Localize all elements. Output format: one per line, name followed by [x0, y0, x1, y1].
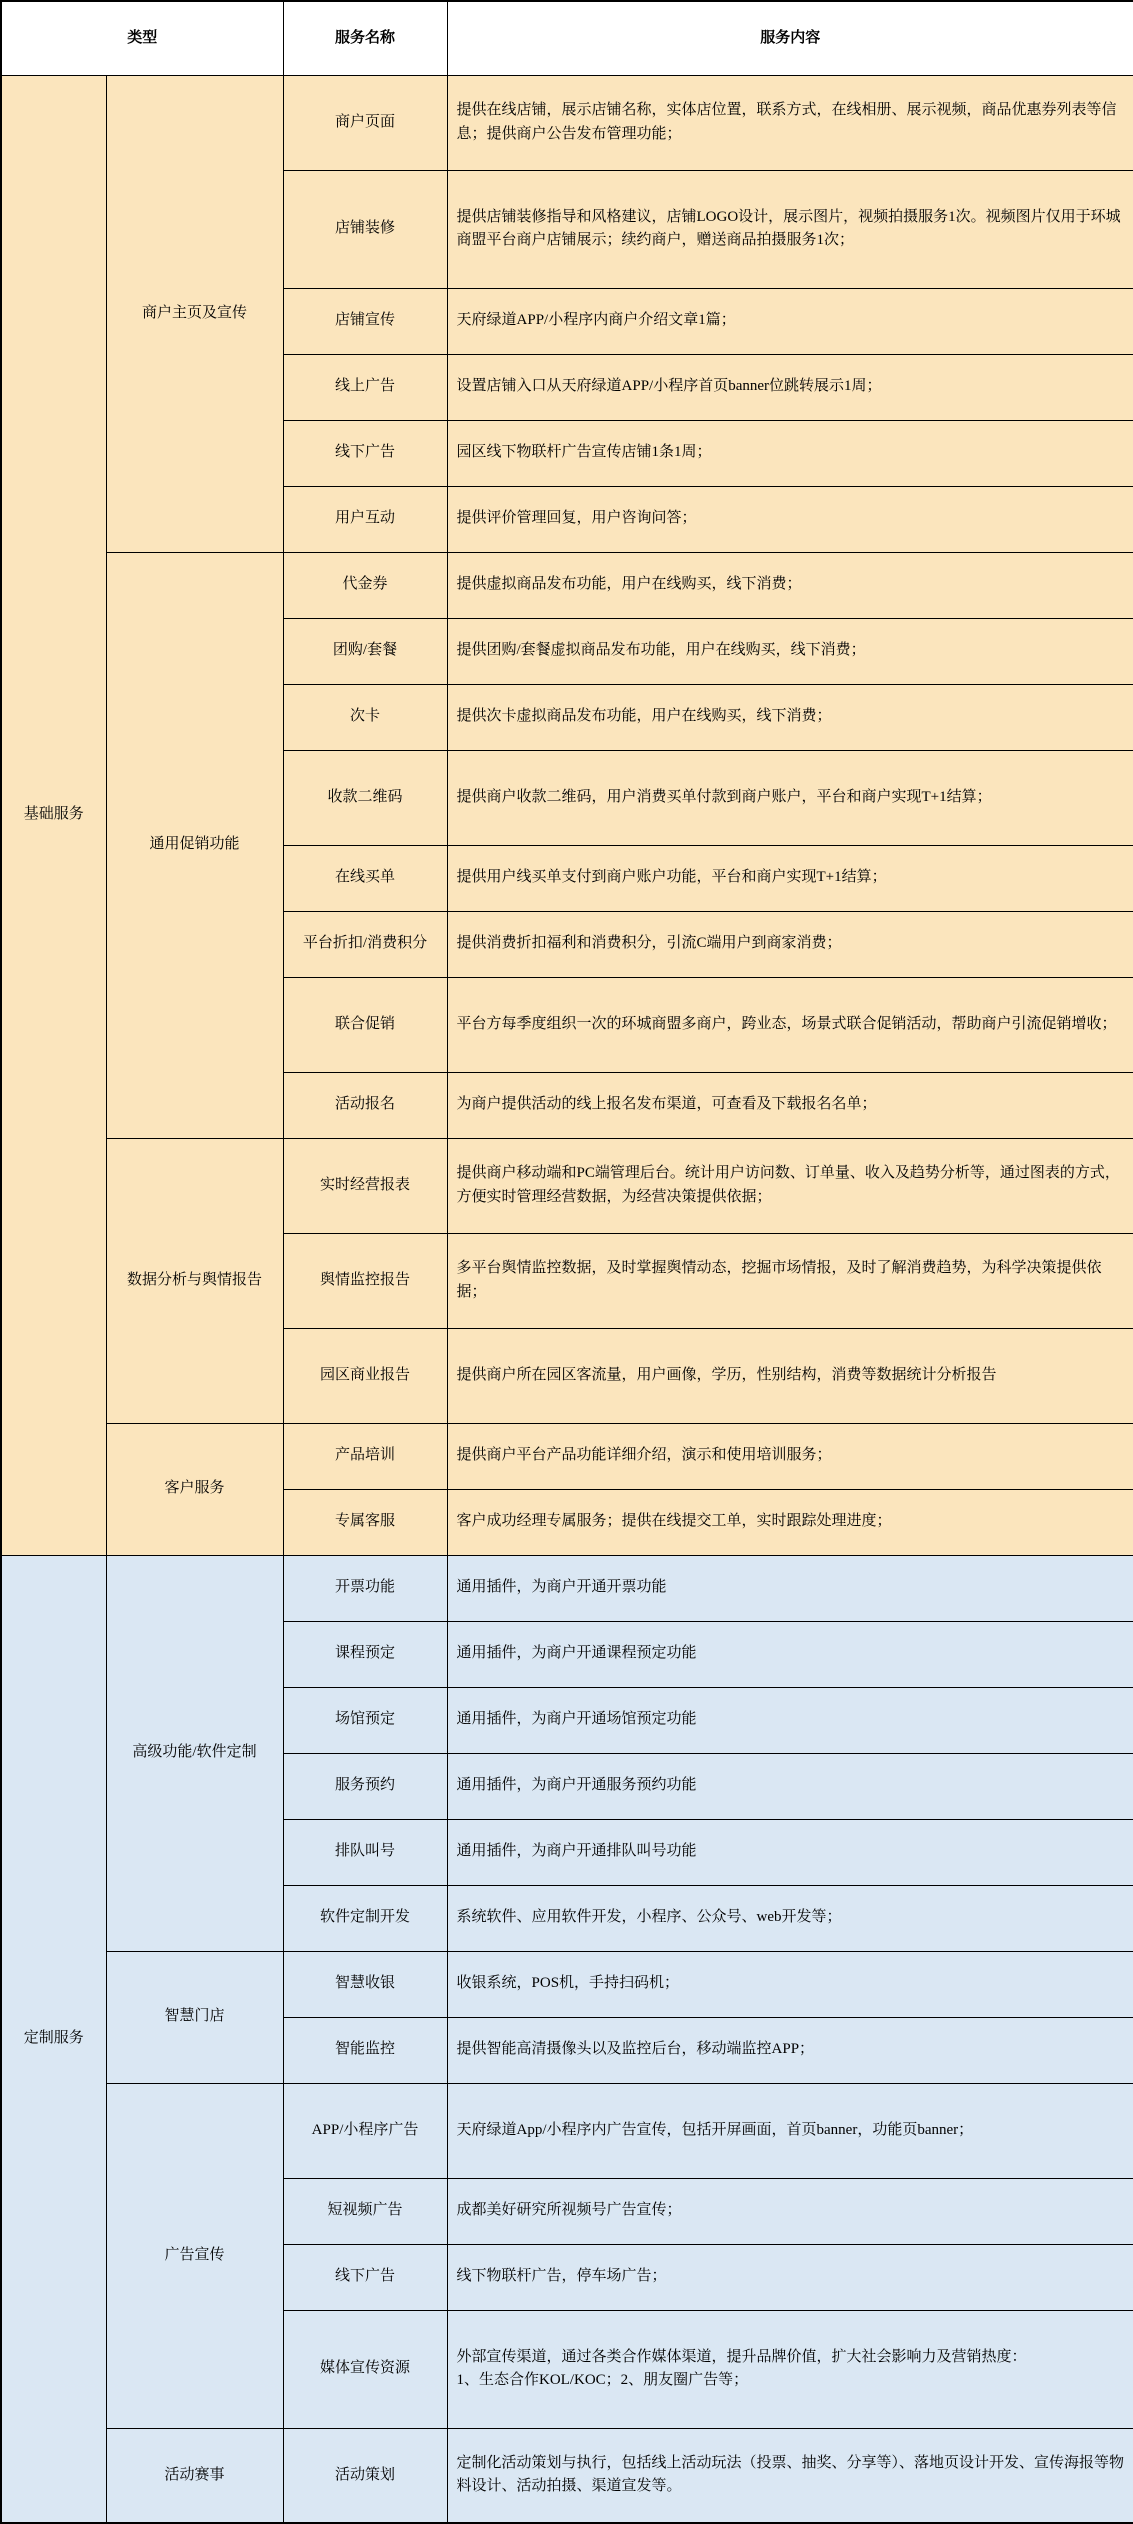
service-content-cell: 外部宣传渠道，通过各类合作媒体渠道，提升品牌价值，扩大社会影响力及营销热度： 1… [447, 2310, 1133, 2428]
service-content-cell: 平台方每季度组织一次的环城商盟多商户，跨业态，场景式联合促销活动，帮助商户引流促… [447, 977, 1133, 1072]
service-name-cell: 专属客服 [283, 1489, 447, 1555]
service-content-cell: 天府绿道APP/小程序内商户介绍文章1篇； [447, 288, 1133, 354]
service-content-cell: 提供店铺装修指导和风格建议，店铺LOGO设计，展示图片，视频拍摄服务1次。视频图… [447, 170, 1133, 288]
service-name-cell: 联合促销 [283, 977, 447, 1072]
service-name-cell: 团购/套餐 [283, 618, 447, 684]
service-name-cell: 开票功能 [283, 1555, 447, 1621]
service-content-cell: 提供团购/套餐虚拟商品发布功能，用户在线购买，线下消费； [447, 618, 1133, 684]
service-content-cell: 提供用户线买单支付到商户账户功能，平台和商户实现T+1结算； [447, 845, 1133, 911]
service-name-cell: 园区商业报告 [283, 1328, 447, 1423]
service-name-cell: 智能监控 [283, 2017, 447, 2083]
table-row: 通用促销功能 代金券 提供虚拟商品发布功能，用户在线购买，线下消费； [1, 552, 1133, 618]
group-cell: 客户服务 [106, 1423, 283, 1555]
group-cell: 智慧门店 [106, 1951, 283, 2083]
service-name-cell: 产品培训 [283, 1423, 447, 1489]
service-content-cell: 成都美好研究所视频号广告宣传； [447, 2178, 1133, 2244]
table-row: 基础服务 商户主页及宣传 商户页面 提供在线店铺，展示店铺名称，实体店位置，联系… [1, 75, 1133, 170]
header-service-name: 服务名称 [283, 1, 447, 75]
service-content-cell: 提供评价管理回复，用户咨询问答； [447, 486, 1133, 552]
service-content-cell: 定制化活动策划与执行，包括线上活动玩法（投票、抽奖、分享等）、落地页设计开发、宣… [447, 2428, 1133, 2523]
service-content-cell: 客户成功经理专属服务；提供在线提交工单，实时跟踪处理进度； [447, 1489, 1133, 1555]
service-content-cell: 为商户提供活动的线上报名发布渠道，可查看及下载报名名单； [447, 1072, 1133, 1138]
service-content-cell: 多平台舆情监控数据，及时掌握舆情动态，挖掘市场情报，及时了解消费趋势，为科学决策… [447, 1233, 1133, 1328]
service-name-cell: 商户页面 [283, 75, 447, 170]
table-row: 数据分析与舆情报告 实时经营报表 提供商户移动端和PC端管理后台。统计用户访问数… [1, 1138, 1133, 1233]
service-name-cell: 在线买单 [283, 845, 447, 911]
table-row: 客户服务 产品培训 提供商户平台产品功能详细介绍，演示和使用培训服务； [1, 1423, 1133, 1489]
service-content-cell: 通用插件，为商户开通场馆预定功能 [447, 1687, 1133, 1753]
service-content-cell: 设置店铺入口从天府绿道APP/小程序首页banner位跳转展示1周； [447, 354, 1133, 420]
service-name-cell: 店铺宣传 [283, 288, 447, 354]
service-content-cell: 提供商户所在园区客流量，用户画像，学历，性别结构，消费等数据统计分析报告 [447, 1328, 1133, 1423]
service-name-cell: 场馆预定 [283, 1687, 447, 1753]
service-content-cell: 提供商户平台产品功能详细介绍，演示和使用培训服务； [447, 1423, 1133, 1489]
group-cell: 高级功能/软件定制 [106, 1555, 283, 1951]
service-name-cell: 实时经营报表 [283, 1138, 447, 1233]
table-row: 智慧门店 智慧收银 收银系统，POS机，手持扫码机； [1, 1951, 1133, 2017]
group-cell: 活动赛事 [106, 2428, 283, 2523]
services-table: 类型 服务名称 服务内容 基础服务 商户主页及宣传 商户页面 提供在线店铺，展示… [0, 0, 1133, 2524]
table-row: 广告宣传 APP/小程序广告 天府绿道App/小程序内广告宣传，包括开屏画面，首… [1, 2083, 1133, 2178]
group-cell: 通用促销功能 [106, 552, 283, 1138]
service-name-cell: 智慧收银 [283, 1951, 447, 2017]
table-row: 定制服务 高级功能/软件定制 开票功能 通用插件，为商户开通开票功能 [1, 1555, 1133, 1621]
service-content-cell: 天府绿道App/小程序内广告宣传，包括开屏画面，首页banner，功能页bann… [447, 2083, 1133, 2178]
service-name-cell: 课程预定 [283, 1621, 447, 1687]
category-custom-cell: 定制服务 [1, 1555, 106, 2523]
service-content-cell: 系统软件、应用软件开发，小程序、公众号、web开发等； [447, 1885, 1133, 1951]
service-name-cell: 服务预约 [283, 1753, 447, 1819]
service-name-cell: 收款二维码 [283, 750, 447, 845]
service-content-cell: 线下物联杆广告，停车场广告； [447, 2244, 1133, 2310]
service-name-cell: APP/小程序广告 [283, 2083, 447, 2178]
service-name-cell: 线上广告 [283, 354, 447, 420]
service-name-cell: 舆情监控报告 [283, 1233, 447, 1328]
service-content-cell: 通用插件，为商户开通排队叫号功能 [447, 1819, 1133, 1885]
service-name-cell: 活动策划 [283, 2428, 447, 2523]
service-content-cell: 提供在线店铺，展示店铺名称，实体店位置，联系方式，在线相册、展示视频，商品优惠券… [447, 75, 1133, 170]
service-content-cell: 提供智能高清摄像头以及监控后台，移动端监控APP； [447, 2017, 1133, 2083]
service-content-cell: 收银系统，POS机，手持扫码机； [447, 1951, 1133, 2017]
service-content-cell: 园区线下物联杆广告宣传店铺1条1周； [447, 420, 1133, 486]
group-cell: 数据分析与舆情报告 [106, 1138, 283, 1423]
service-content-cell: 通用插件，为商户开通开票功能 [447, 1555, 1133, 1621]
service-name-cell: 线下广告 [283, 420, 447, 486]
category-basic-cell: 基础服务 [1, 75, 106, 1555]
table-header-row: 类型 服务名称 服务内容 [1, 1, 1133, 75]
service-name-cell: 店铺装修 [283, 170, 447, 288]
service-name-cell: 平台折扣/消费积分 [283, 911, 447, 977]
service-content-cell: 通用插件，为商户开通课程预定功能 [447, 1621, 1133, 1687]
service-content-cell: 提供消费折扣福利和消费积分，引流C端用户到商家消费； [447, 911, 1133, 977]
table-row: 活动赛事 活动策划 定制化活动策划与执行，包括线上活动玩法（投票、抽奖、分享等）… [1, 2428, 1133, 2523]
group-cell: 广告宣传 [106, 2083, 283, 2428]
service-name-cell: 线下广告 [283, 2244, 447, 2310]
service-name-cell: 代金券 [283, 552, 447, 618]
service-name-cell: 软件定制开发 [283, 1885, 447, 1951]
service-name-cell: 排队叫号 [283, 1819, 447, 1885]
service-name-cell: 活动报名 [283, 1072, 447, 1138]
group-cell: 商户主页及宣传 [106, 75, 283, 552]
service-name-cell: 媒体宣传资源 [283, 2310, 447, 2428]
service-name-cell: 次卡 [283, 684, 447, 750]
service-content-cell: 提供商户移动端和PC端管理后台。统计用户访问数、订单量、收入及趋势分析等，通过图… [447, 1138, 1133, 1233]
service-name-cell: 用户互动 [283, 486, 447, 552]
service-content-cell: 通用插件，为商户开通服务预约功能 [447, 1753, 1133, 1819]
service-name-cell: 短视频广告 [283, 2178, 447, 2244]
service-content-cell: 提供次卡虚拟商品发布功能，用户在线购买，线下消费； [447, 684, 1133, 750]
service-content-cell: 提供虚拟商品发布功能，用户在线购买，线下消费； [447, 552, 1133, 618]
header-type: 类型 [1, 1, 283, 75]
header-service-content: 服务内容 [447, 1, 1133, 75]
service-content-cell: 提供商户收款二维码，用户消费买单付款到商户账户，平台和商户实现T+1结算； [447, 750, 1133, 845]
